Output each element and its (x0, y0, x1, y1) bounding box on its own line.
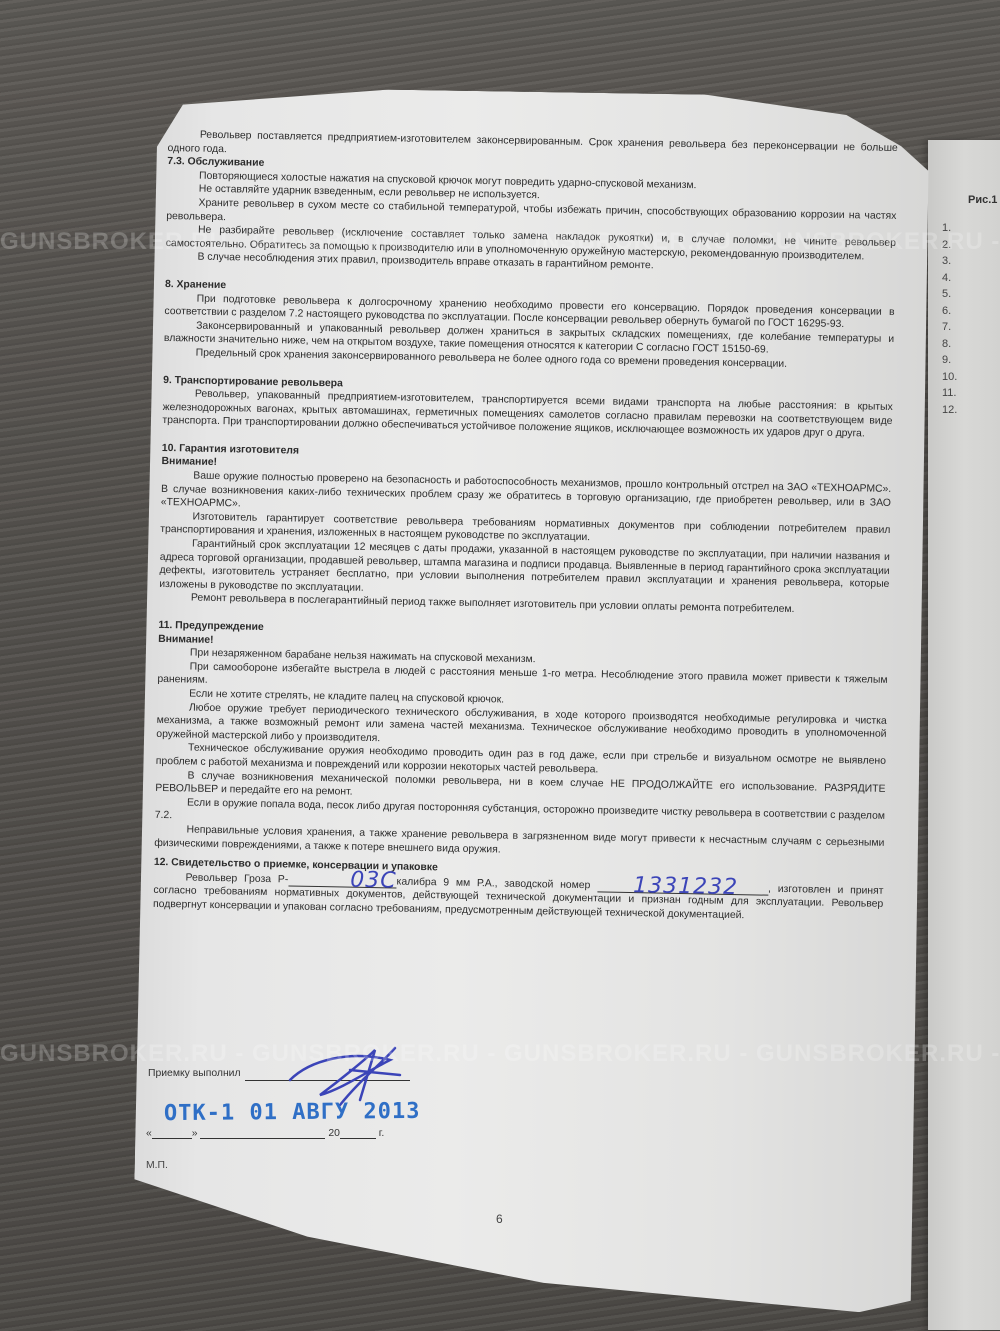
next-page-edge: Рис.1 1. 2. 3. 4. 5. 6. 7. 8. 9. 10. 11.… (928, 140, 1000, 1330)
figure-item: 11. (942, 387, 957, 404)
otk-stamp: ОТК-1 01 АВГУ 2013 (164, 1099, 421, 1126)
figure-item: 2. (942, 239, 957, 256)
accepted-by-label: Приемку выполнил (148, 1068, 241, 1079)
figure-item: 1. (942, 222, 957, 239)
figure-label: Рис.1 (968, 194, 997, 206)
figure-item: 9. (942, 354, 957, 371)
figure-item: 10. (942, 371, 957, 388)
page-content: Револьвер поставляется предприятием-изго… (153, 128, 898, 925)
caliber-text: калибра 9 мм Р.А., заводской номер (396, 876, 590, 891)
figure-item: 5. (942, 288, 957, 305)
figure-item: 6. (942, 305, 957, 322)
date-line: «» 20 г. (146, 1128, 384, 1139)
seal-label: М.П. (146, 1160, 168, 1171)
year-suffix: г. (379, 1128, 384, 1139)
figure-item: 7. (942, 321, 957, 338)
page-number: 6 (496, 1212, 503, 1226)
model-handwritten: 03С (318, 873, 397, 889)
figure-item: 3. (942, 255, 957, 272)
year-prefix: 20 (328, 1128, 340, 1139)
model-prefix: Револьвер Гроза Р- (186, 872, 289, 885)
quote-close: » (192, 1128, 198, 1139)
figure-item: 12. (942, 404, 957, 421)
figure-item: 4. (942, 272, 957, 289)
figure-item-list: 1. 2. 3. 4. 5. 6. 7. 8. 9. 10. 11. 12. (942, 222, 957, 420)
figure-item: 8. (942, 338, 957, 355)
